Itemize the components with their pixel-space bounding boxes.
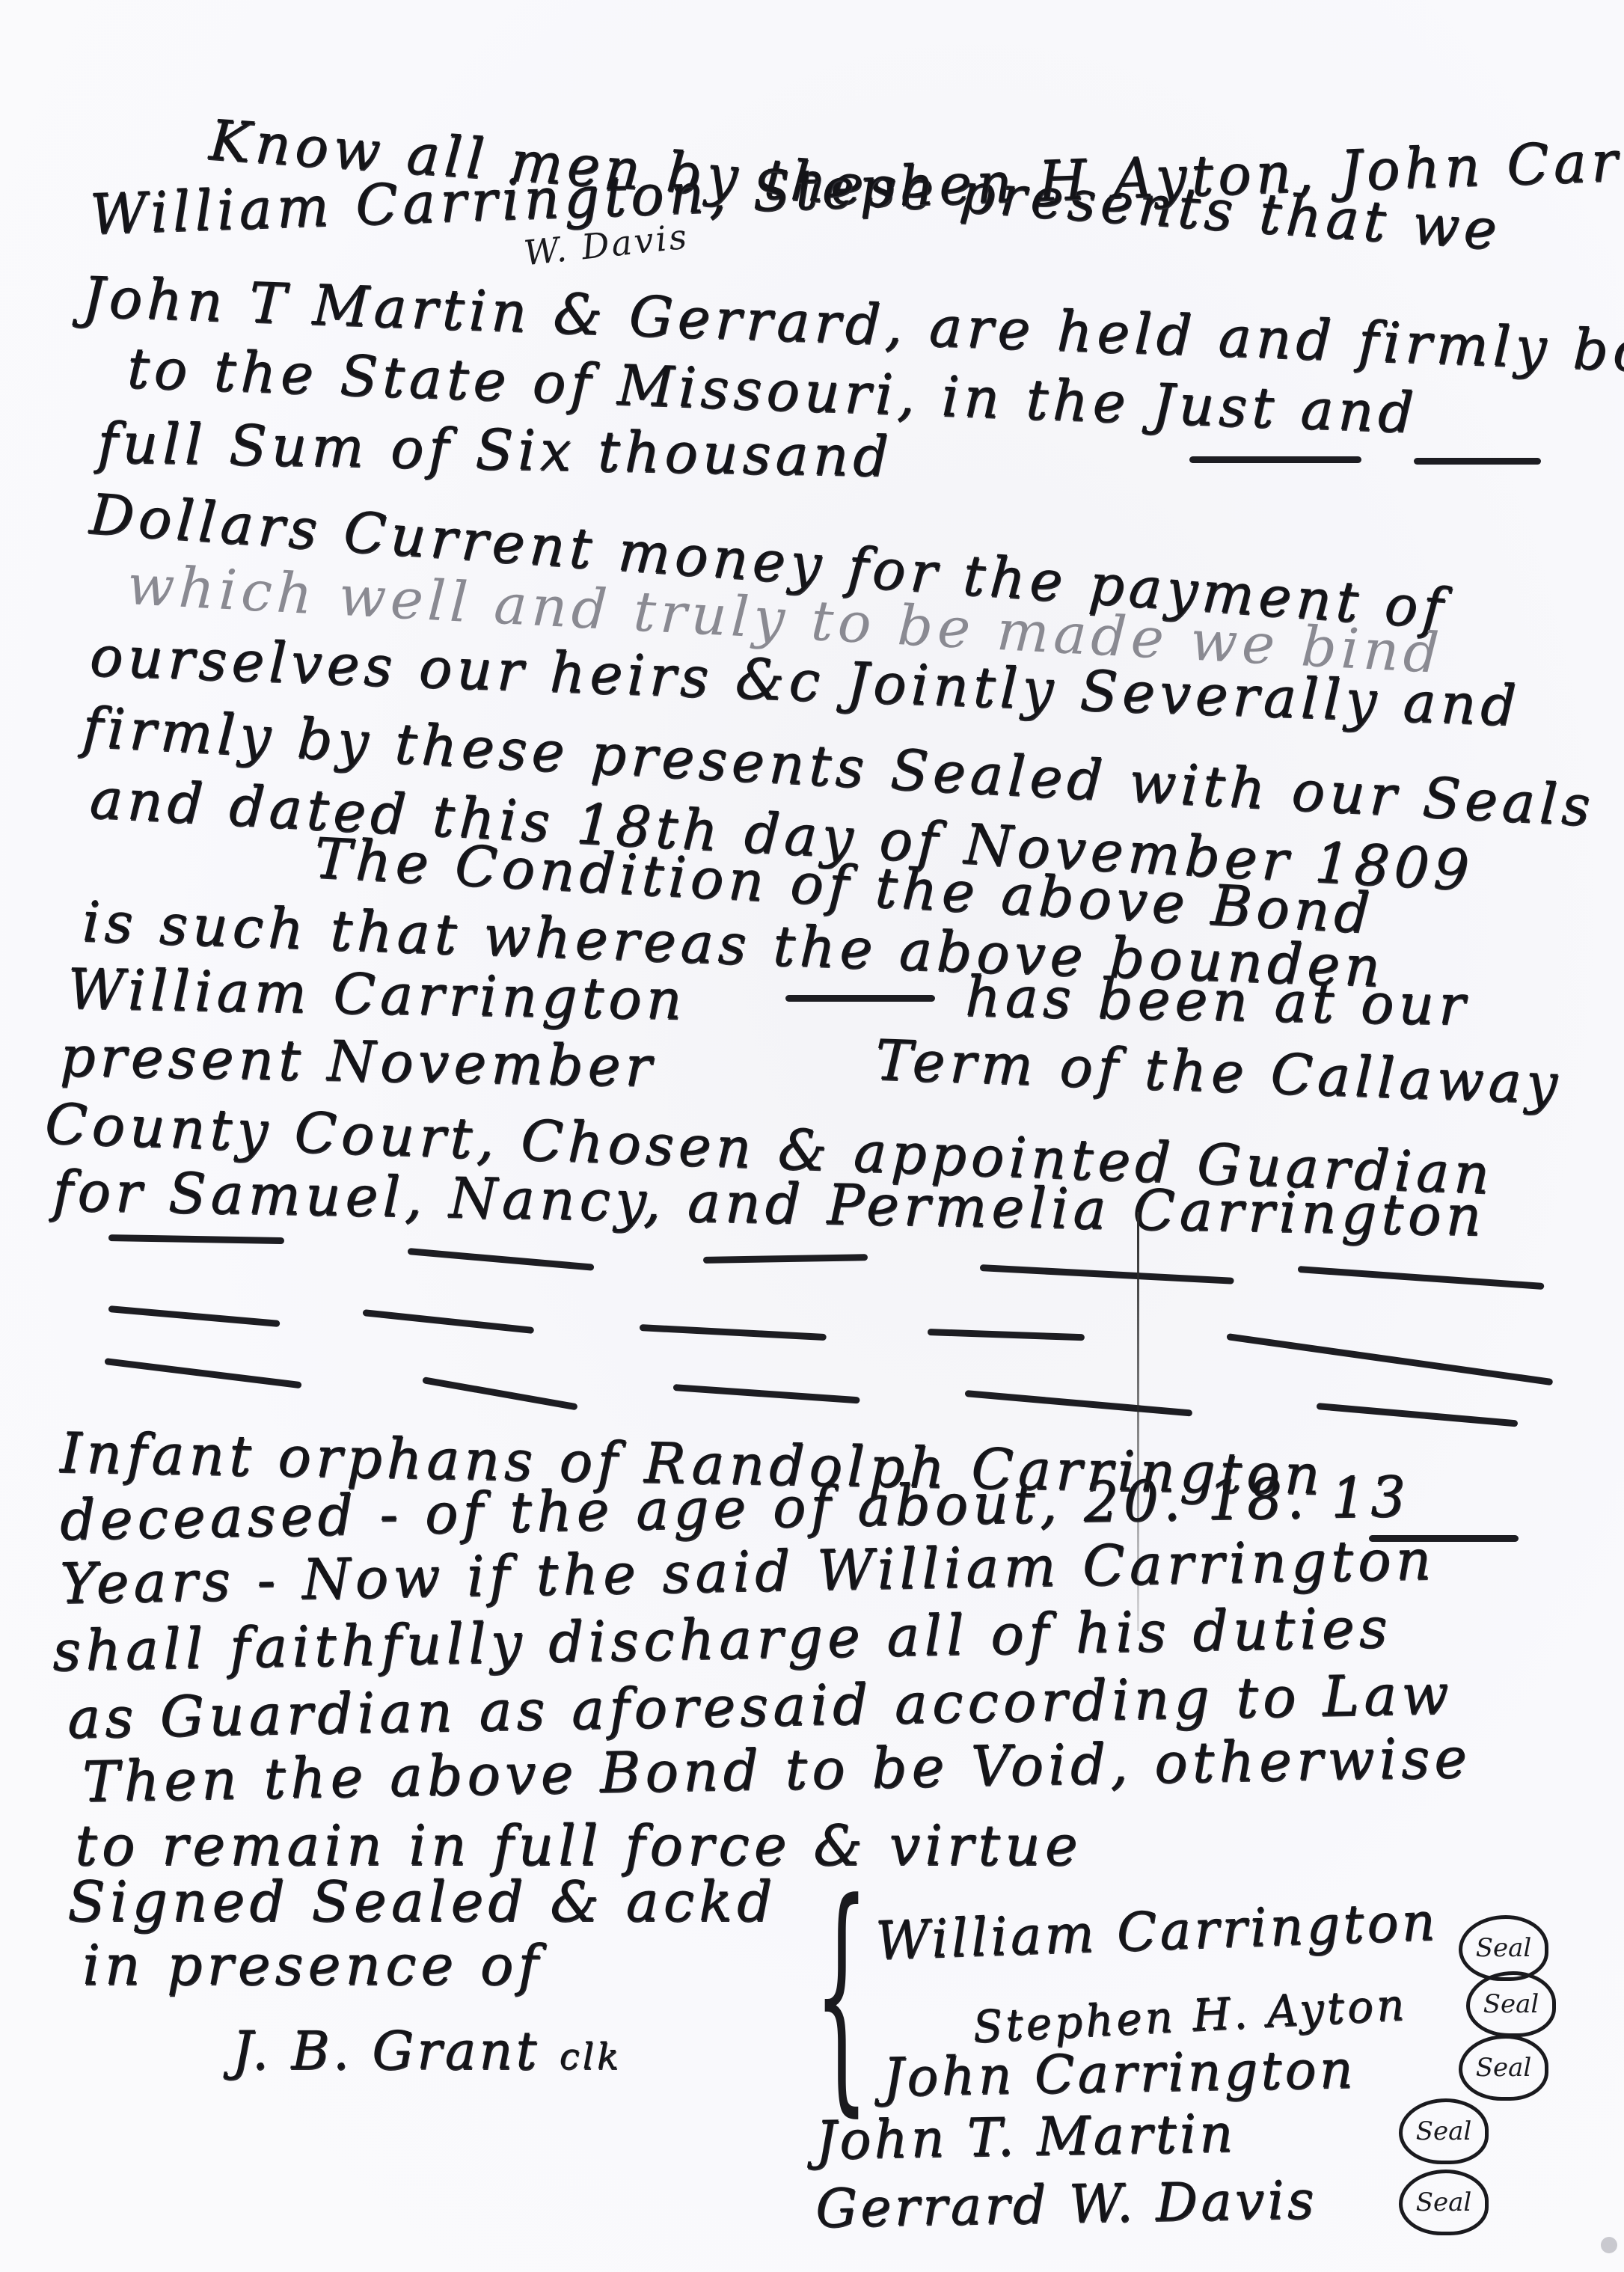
fill-dash (108, 1234, 284, 1244)
fill-dash (422, 1377, 577, 1410)
text-line: has been at our (964, 969, 1470, 1033)
paper-speck (1601, 2237, 1617, 2253)
text-line: present November (59, 1029, 656, 1094)
witness-title: clk (560, 2036, 622, 2077)
fill-dash (640, 1324, 827, 1341)
fill-dash (1317, 1403, 1519, 1427)
signature-john-martin: John T. Martin (815, 2102, 1236, 2171)
fill-dash (1189, 456, 1361, 463)
signature-william-carrington: William Carrington (874, 1890, 1439, 1971)
document-page: Know all men by these presents that we W… (0, 0, 1624, 2272)
fill-dash (965, 1390, 1193, 1417)
fill-dash (980, 1264, 1234, 1284)
fill-dash (104, 1358, 301, 1388)
attestation-label: in presence of (82, 1938, 543, 1993)
witness-name: J. B. Grant (232, 2020, 539, 2081)
fill-dash (673, 1384, 860, 1403)
witness-signature: J. B. Grant clk (232, 2020, 622, 2081)
text-line: William Carrington (67, 961, 687, 1027)
fill-dash (928, 1329, 1085, 1341)
fill-dash (703, 1254, 868, 1264)
signature-brace: { (814, 1870, 868, 2117)
signature-john-carrington: John Carrington (882, 2038, 1356, 2107)
signature-gerrard-davis: Gerrard W. Davis (815, 2169, 1317, 2239)
fill-dash (108, 1305, 281, 1327)
attestation-label: Signed Sealed & ackd (67, 1874, 776, 1929)
fill-dash (408, 1248, 595, 1271)
seal-icon: Seal (1459, 1915, 1548, 1981)
seal-icon: Seal (1466, 1971, 1556, 2037)
text-line: to remain in full force & virtue (75, 1818, 1082, 1873)
seal-icon: Seal (1399, 2098, 1489, 2164)
seal-icon: Seal (1399, 2170, 1489, 2235)
fill-dash (1298, 1266, 1545, 1290)
text-line: Term of the Callaway (874, 1032, 1563, 1112)
fill-dash (1414, 458, 1541, 465)
fill-dash (363, 1309, 535, 1334)
fill-dash (785, 995, 935, 1002)
text-line: full Sum of Six thousand (96, 415, 893, 485)
fill-dash (1226, 1333, 1553, 1385)
seal-icon: Seal (1459, 2035, 1548, 2101)
